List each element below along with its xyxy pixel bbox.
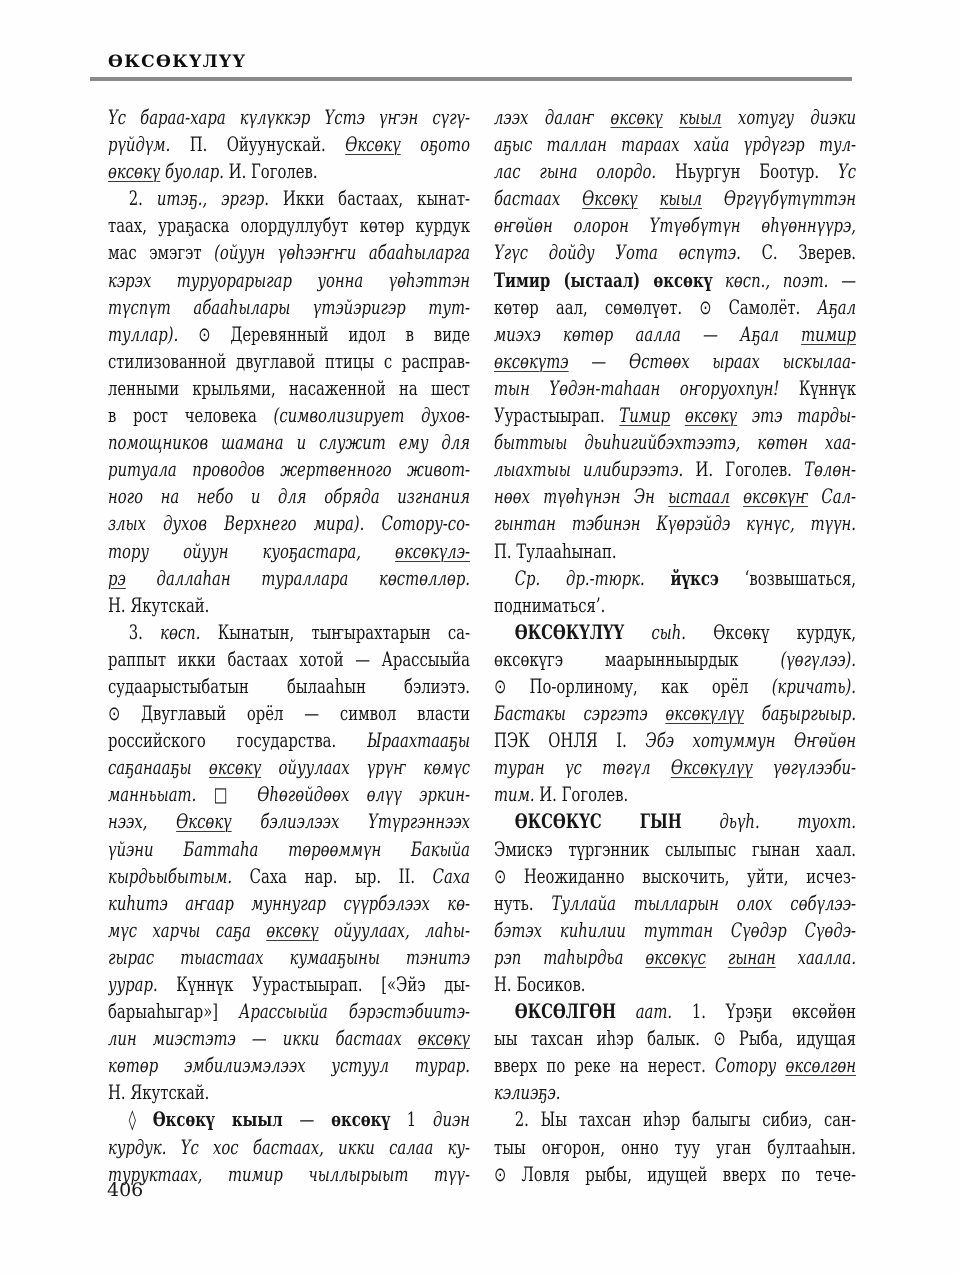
text-line: злых духов Верхнего мира). Сотору-со-	[108, 510, 470, 537]
text-line: аҕыс таллан тараах хайа үрдүгэр тул-	[494, 131, 856, 158]
text-line: ӨКСӨКҮС ГЫН дьүһ. туохт.	[494, 808, 856, 835]
text-segment: Туллайа тылларын олох сөбүлээ-	[551, 891, 856, 915]
text-segment: өксөкү	[108, 159, 160, 183]
text-line: ӨКСӨЛГӨН аат. 1. Үрэҕи өксөйөн	[494, 998, 856, 1025]
text-line: Тимир (ыстаал) өксөкү көсп., поэт. —	[494, 267, 856, 294]
text-segment: таах, ураҕаска олордуллубут көтөр курдук	[108, 213, 470, 237]
text-line: манньыат. □ Өһөгөйдөөх өлүү эркин-	[108, 781, 470, 808]
text-line: туллар). ⊙ Деревянный идол в виде	[108, 321, 470, 348]
text-segment: оҕото	[420, 132, 470, 156]
text-line: нуть. Туллайа тылларын олох сөбүлээ-	[494, 890, 856, 917]
text-line: нөөх түөһүнэн Эн ыстаал өксөкүҥ Сал-	[494, 483, 856, 510]
dictionary-page: ӨКСӨКҮЛҮҮ Үс бараа-хара күлүккэр Үстэ үҥ…	[0, 0, 959, 1274]
text-line: 3. көсп. Кынатын, тыҥырахтарын са-	[108, 619, 470, 646]
text-segment: гынан	[728, 945, 776, 969]
text-line: вверх по реке на нерест. Сотору өксөлгөн	[494, 1052, 856, 1079]
text-segment: Ловля рыбы, идущей вверх по тече-	[522, 1162, 856, 1186]
text-segment: кэлиэҕэ.	[494, 1080, 560, 1104]
text-segment: туруктаах, тимир чыллырыыт түү-	[108, 1162, 470, 1186]
text-segment: Өһөгөйдөөх өлүү эркин-	[257, 782, 470, 806]
text-line: ленными крыльями, насаженной на шест	[108, 375, 470, 402]
text-line: Уурастыырап. Тимир өксөкү этэ тарды-	[494, 402, 856, 429]
text-segment: ӨКСӨЛГӨН	[515, 999, 616, 1023]
text-segment: подниматься’.	[494, 593, 605, 617]
text-segment: лас гына олордо.	[494, 159, 656, 183]
text-segment: туран үс төгүл	[494, 755, 651, 779]
text-line: Н. Якутскай.	[108, 592, 470, 619]
text-segment: Рыба, идущая	[739, 1026, 856, 1050]
text-segment: даллаһан тураллара көстөллөр.	[157, 566, 470, 590]
text-segment: Н. Якутскай.	[108, 1080, 209, 1104]
text-segment: уурар.	[108, 972, 158, 996]
text-segment: С. Зверев.	[762, 240, 856, 264]
text-line: барыаһыгар»] Арассыыйа бэрэстэбиитэ-	[108, 998, 470, 1025]
text-segment: Өксөкү	[176, 809, 231, 833]
text-segment: ыы тахсан иһэр балык.	[494, 1026, 700, 1050]
text-segment: Кынатын, тыҥырахтарын са-	[218, 620, 470, 644]
text-segment: Самолёт.	[729, 295, 801, 319]
text-segment: манньыат.	[108, 782, 196, 806]
text-line: курдук. Үс хос бастаах, икки салаа ку-	[108, 1134, 470, 1161]
text-segment: (кричать).	[772, 674, 856, 698]
text-segment: көсп.	[160, 620, 200, 644]
text-line: 2. итэҕ., эргэр. Икки бастаах, кынат-	[108, 185, 470, 212]
text-line: ритуала проводов жертвенного живот-	[108, 456, 470, 483]
text-segment: өксөкү	[331, 1107, 390, 1131]
text-line: өксөкүгэ маарынныырдык (үөгүлээ).	[494, 646, 856, 673]
text-segment: Өксөкү курдук,	[713, 620, 856, 644]
text-line: тим. И. Гоголев.	[494, 781, 856, 808]
paragraph: Үс бараа-хара күлүккэр Үстэ үҥэн сүгү-рү…	[108, 104, 470, 185]
text-segment: аат.	[636, 999, 672, 1023]
text-segment: Бастакы сэргэтэ	[494, 701, 648, 725]
text-segment: Эмискэ түргэнник сылыпыс гынан хаал.	[494, 837, 856, 861]
text-line: мүс харчы саҕа өксөкү ойуулаах, лаһы-	[108, 917, 470, 944]
text-segment: ӨКСӨКҮС ГЫН	[515, 809, 682, 833]
text-segment: П. Ойуунускай.	[190, 132, 326, 156]
text-segment: хотугу диэки	[738, 105, 856, 129]
text-segment: мүс харчы саҕа	[108, 918, 251, 942]
paragraph: Ср. др.-тюрк. йүксэ ‘возвышаться,поднима…	[494, 565, 856, 619]
text-line: көтөр аал, сөмөлүөт. ⊙ Самолёт. Аҕал	[494, 294, 856, 321]
text-segment: тыы оҥорон, онно туу уган бултааһын.	[494, 1135, 856, 1159]
text-line: өксөкүтэ — Өстөөх ыраах ыскылаа-	[494, 348, 856, 375]
text-segment: ленными крыльями, насаженной на шест	[108, 376, 470, 400]
text-segment: туллар).	[108, 322, 178, 346]
text-line: лас гына олордо. Ньургун Боотур. Үс	[494, 158, 856, 185]
illustration-marker-icon: □	[214, 783, 240, 806]
text-segment: көтөр эмбилиэмэлээх устуул турар.	[108, 1053, 470, 1077]
text-line: көтөр эмбилиэмэлээх устуул турар.	[108, 1052, 470, 1079]
text-segment: Үс бараа-хара күлүккэр Үстэ үҥэн сүгү-	[108, 105, 470, 129]
text-segment: өксөкүтэ	[494, 349, 569, 373]
text-segment: өксөкү	[610, 105, 662, 129]
text-line: подниматься’.	[494, 592, 856, 619]
text-segment: тору ойуун куоҕастара,	[108, 539, 361, 563]
text-segment: 1. Үрэҕи өксөйөн	[692, 999, 856, 1023]
text-line: П. Тулааһынап.	[494, 538, 856, 565]
text-segment: көтөр аал, сөмөлүөт.	[494, 295, 682, 319]
text-segment: өксөкүгэ маарынныырдык	[494, 647, 738, 671]
translation-marker-icon: ⊙	[713, 1027, 725, 1050]
text-segment: 3.	[129, 620, 143, 644]
text-line: нээх, Өксөкү бэлиэлээх Үтүргэннээх	[108, 808, 470, 835]
text-segment: в рост человека	[108, 403, 257, 427]
text-segment: (үөгүлээ).	[780, 647, 856, 671]
text-line: таах, ураҕаска олордуллубут көтөр курдук	[108, 212, 470, 239]
translation-marker-icon: ⊙	[494, 1163, 506, 1186]
paragraph: 2. Ыы тахсан иһэр балыгы сибиэ, сан-тыы …	[494, 1106, 856, 1187]
text-line: Ср. др.-тюрк. йүксэ ‘возвышаться,	[494, 565, 856, 592]
text-segment: Өксөкү	[345, 132, 400, 156]
text-line: тыы оҥорон, онно туу уган бултааһын.	[494, 1134, 856, 1161]
text-segment: кыыл	[660, 186, 702, 210]
text-segment: ойуулаах үрүҥ көмүс	[278, 755, 470, 779]
text-line: лээх далаҥ өксөкү кыыл хотугу диэки	[494, 104, 856, 131]
text-line: Бастакы сэргэтэ өксөкүлүү баҕыргыыр.	[494, 700, 856, 727]
text-segment: ойуулаах, лаһы-	[334, 918, 470, 942]
text-segment: ПЭК ОНЛЯ I.	[494, 728, 627, 752]
text-line: саҕанааҕы өксөкү ойуулаах үрүҥ көмүс	[108, 754, 470, 781]
text-segment: этэ тарды-	[752, 403, 856, 427]
text-segment: И. Гоголев.	[229, 159, 318, 183]
paragraph: 3. көсп. Кынатын, тыҥырахтарын са-раппыт…	[108, 619, 470, 1107]
text-segment: Үгүс дойду Уота өспүтэ.	[494, 240, 741, 264]
text-segment: (символизирует духов-	[274, 403, 470, 427]
text-segment: өксөкү	[418, 1026, 470, 1050]
text-line: бастаах Өксөкү кыыл Өргүүбүтүттэн	[494, 185, 856, 212]
text-line: кырдьыбытым. Саха нар. ыр. II. Саха	[108, 863, 470, 890]
text-segment: ӨКСӨКҮЛҮҮ	[515, 620, 624, 644]
text-segment: ритуала проводов жертвенного живот-	[108, 457, 470, 481]
paragraph: лээх далаҥ өксөкү кыыл хотугу диэкиаҕыс …	[494, 104, 856, 565]
text-segment: өксөкү	[209, 755, 261, 779]
translation-marker-icon: ⊙	[198, 323, 210, 346]
text-line: Үс бараа-хара күлүккэр Үстэ үҥэн сүгү-	[108, 104, 470, 131]
text-segment: бэтэх киһилии туттан Сүөдэр Сүөдэ-	[494, 918, 856, 942]
text-segment: злых духов Верхнего мира). Сотору-со-	[108, 511, 470, 535]
text-line: рүйдүм. П. Ойуунускай. Өксөкү оҕото	[108, 131, 470, 158]
text-segment: Ньургун Боотур.	[675, 159, 819, 183]
text-segment: помощников шамана и служит ему для	[108, 430, 470, 454]
paragraph: 2. итэҕ., эргэр. Икки бастаах, кынат-таа…	[108, 185, 470, 619]
text-segment: П. Тулааһынап.	[494, 539, 617, 563]
text-line: өксөкү буолар. И. Гоголев.	[108, 158, 470, 185]
text-segment: үйэни Баттаһа төрөөммүн Бакыйа	[108, 837, 470, 861]
translation-marker-icon: ⊙	[494, 865, 506, 888]
text-segment: Өксөкү	[582, 186, 637, 210]
text-line: Үгүс дойду Уота өспүтэ. С. Зверев.	[494, 239, 856, 266]
text-line: ⊙ Ловля рыбы, идущей вверх по тече-	[494, 1161, 856, 1188]
text-segment: ыстаал	[668, 484, 729, 508]
text-segment: өксөкүҥ	[743, 484, 808, 508]
text-line: ыы тахсан иһэр балык. ⊙ Рыба, идущая	[494, 1025, 856, 1052]
text-segment: хаалла.	[798, 945, 856, 969]
paragraph: ӨКСӨЛГӨН аат. 1. Үрэҕи өксөйөныы тахсан …	[494, 998, 856, 1106]
text-segment: барыаһыгар»]	[108, 999, 218, 1023]
text-line: быттыы дьиһигийбэхтээтэ, көтөн хаа-	[494, 429, 856, 456]
text-segment: быттыы дьиһигийбэхтээтэ, көтөн хаа-	[494, 430, 856, 454]
text-segment: Өксөкүлүү	[671, 755, 753, 779]
text-segment: Деревянный идол в виде	[230, 322, 470, 346]
text-segment: Саха	[433, 864, 470, 888]
text-segment: Төлөн-	[804, 457, 856, 481]
right-column: лээх далаҥ өксөкү кыыл хотугу диэкиаҕыс …	[494, 104, 856, 1188]
text-segment: Үс	[838, 159, 856, 183]
text-line: ⊙ Двуглавый орёл — символ власти	[108, 700, 470, 727]
text-line: туруктаах, тимир чыллырыыт түү-	[108, 1161, 470, 1188]
text-segment: йүксэ	[671, 566, 719, 590]
text-segment: бэлиэлээх Үтүргэннээх	[260, 809, 470, 833]
text-line: ◊ Өксөкү кыыл — өксөкү 1 диэн	[108, 1106, 470, 1133]
text-segment: кыыл	[679, 105, 721, 129]
text-segment: стилизованной двуглавой птицы с расправ-	[108, 349, 470, 373]
text-segment: рэ	[108, 566, 126, 590]
text-line: үйэни Баттаһа төрөөммүн Бакыйа	[108, 836, 470, 863]
text-segment: бастаах	[494, 186, 560, 210]
text-line: Н. Босиков.	[494, 971, 856, 998]
text-segment: Тимир (ыстаал) өксөкү	[494, 268, 712, 292]
text-line: уурар. Күннүк Уурастыырап. [«Эйэ ды-	[108, 971, 470, 998]
text-segment: Двуглавый орёл — символ власти	[141, 701, 470, 725]
text-line: ПЭК ОНЛЯ I. Эбэ хотуммун Өҥөйөн	[494, 727, 856, 754]
text-segment: российского государства.	[108, 728, 336, 752]
text-segment: По-орлиному, как орёл	[530, 674, 749, 698]
text-line: рэ даллаһан тураллара көстөллөр.	[108, 565, 470, 592]
left-column: Үс бараа-хара күлүккэр Үстэ үҥэн сүгү-рү…	[108, 104, 470, 1188]
text-line: ⊙ Неожиданно выскочить, уйти, исчез-	[494, 863, 856, 890]
text-line: тору ойуун куоҕастара, өксөкүлэ-	[108, 538, 470, 565]
text-line: 2. Ыы тахсан иһэр балыгы сибиэ, сан-	[494, 1106, 856, 1133]
text-segment: рүйдүм.	[108, 132, 170, 156]
paragraph: ӨКСӨКҮЛҮҮ сыһ. Өксөкү курдук,өксөкүгэ ма…	[494, 619, 856, 809]
text-segment: лин миэстэтэ — икки бастаах	[108, 1026, 402, 1050]
running-head: ӨКСӨКҮЛҮҮ	[108, 52, 246, 72]
text-line: кэлиэҕэ.	[494, 1079, 856, 1106]
text-segment: —	[300, 1107, 315, 1131]
text-segment: өҥөйөн олорон Үтүөбүтүн өһүөннүүрэ,	[494, 213, 856, 237]
text-segment: өксөкүлүү	[665, 701, 744, 725]
text-segment: дьүһ. туохт.	[720, 809, 856, 833]
text-segment: буолар.	[165, 159, 224, 183]
translation-marker-icon: ⊙	[108, 702, 120, 725]
page-number: 406	[107, 1179, 143, 1201]
text-segment: Өксөкү кыыл	[153, 1107, 283, 1131]
text-line: лин миэстэтэ — икки бастаах өксөкү	[108, 1025, 470, 1052]
text-segment: итэҕ., эргэр.	[157, 186, 269, 210]
text-line: лыахтыы илибирээтэ. И. Гоголев. Төлөн-	[494, 456, 856, 483]
text-segment: ‘возвышаться,	[745, 566, 856, 590]
paragraph: ◊ Өксөкү кыыл — өксөкү 1 диэнкурдук. Үс …	[108, 1106, 470, 1187]
text-segment: судаарыстыбатын былааһын бэлиэтэ.	[108, 674, 470, 698]
text-segment: Уурастыырап.	[494, 403, 605, 427]
paragraph: ӨКСӨКҮС ГЫН дьүһ. туохт.Эмискэ түргэнник…	[494, 808, 856, 998]
text-segment: — Өстөөх ыраах ыскылаа-	[591, 349, 856, 373]
text-line: түспүт абааһылары үтэйэригэр тут-	[108, 294, 470, 321]
text-segment: Ыраахтааҕы	[367, 728, 470, 752]
text-line: российского государства. Ыраахтааҕы	[108, 727, 470, 754]
text-segment: түспүт абааһылары үтэйэригэр тут-	[108, 295, 470, 319]
text-segment: —	[841, 268, 856, 292]
text-segment: Күннүк	[799, 376, 856, 400]
text-line: миэхэ көтөр аалла — Аҕал тимир	[494, 321, 856, 348]
text-line: ного на небо и для обряда изгнания	[108, 483, 470, 510]
text-line: рэп таһырдьа өксөкүс гынан хаалла.	[494, 944, 856, 971]
text-line: гырас тыастаах кумааҕыны тэнитэ	[108, 944, 470, 971]
text-segment: миэхэ көтөр аалла — Аҕал	[494, 322, 779, 346]
text-line: в рост человека (символизирует духов-	[108, 402, 470, 429]
text-segment: Саха нар. ыр. II.	[250, 864, 415, 888]
text-segment: И. Гоголев.	[695, 457, 791, 481]
text-segment: Эбэ хотуммун Өҥөйөн	[645, 728, 856, 752]
text-line: помощников шамана и служит ему для	[108, 429, 470, 456]
text-segment: Тимир	[619, 403, 670, 427]
text-segment: Сал-	[821, 484, 856, 508]
text-segment: рэп таһырдьа	[494, 945, 623, 969]
text-line: Эмискэ түргэнник сылыпыс гынан хаал.	[494, 836, 856, 863]
text-segment: өксөкү	[685, 403, 737, 427]
text-line: гынтан тэбинэн Күөрэйдэ күнүс, түүн.	[494, 510, 856, 537]
text-segment: тим.	[494, 782, 535, 806]
text-segment: аҕыс таллан тараах хайа үрдүгэр тул-	[494, 132, 856, 156]
text-segment: кэрэх туруорарыгар уонна үөһэттэн	[108, 268, 470, 292]
text-segment: тимир	[801, 322, 856, 346]
text-segment: саҕанааҕы	[108, 755, 192, 779]
translation-marker-icon: ⊙	[494, 675, 506, 698]
text-line: ⊙ По-орлиному, как орёл (кричать).	[494, 673, 856, 700]
text-segment: Арассыыйа бэрэстэбиитэ-	[239, 999, 470, 1023]
text-segment: гынтан тэбинэн Күөрэйдэ күнүс, түүн.	[494, 511, 856, 535]
text-segment: диэн	[433, 1107, 470, 1131]
text-segment: Сотору	[715, 1053, 776, 1077]
text-segment: үөгүлээби-	[773, 755, 856, 779]
phraseology-marker-icon: ◊	[129, 1108, 136, 1131]
text-line: раппыт икки бастаах хотой — Арассыыйа	[108, 646, 470, 673]
text-segment: кырдьыбытым.	[108, 864, 232, 888]
text-line: өҥөйөн олорон Үтүөбүтүн өһүөннүүрэ,	[494, 212, 856, 239]
text-segment: нуть.	[494, 891, 534, 915]
text-segment: өксөкүс	[645, 945, 706, 969]
translation-marker-icon: ⊙	[699, 296, 711, 319]
text-segment: лээх далаҥ	[494, 105, 594, 129]
text-segment: 2.	[129, 186, 143, 210]
text-segment: көсп., поэт.	[725, 268, 828, 292]
text-segment: өксөкү	[266, 918, 318, 942]
text-segment: курдук. Үс хос бастаах, икки салаа ку-	[108, 1135, 470, 1159]
text-line: стилизованной двуглавой птицы с расправ-	[108, 348, 470, 375]
text-segment: Ср. др.-тюрк.	[515, 566, 645, 590]
text-segment: тын Үөдэн-таһаан оҥоруохпун!	[494, 376, 779, 400]
text-segment: сыһ.	[651, 620, 686, 644]
text-line: кэрэх туруорарыгар уонна үөһэттэн	[108, 267, 470, 294]
text-segment: нээх,	[108, 809, 147, 833]
text-line: туран үс төгүл Өксөкүлүү үөгүлээби-	[494, 754, 856, 781]
text-segment: Аҕал	[817, 295, 856, 319]
text-segment: И. Гоголев.	[539, 782, 628, 806]
text-segment: нөөх түөһүнэн Эн	[494, 484, 655, 508]
text-segment: өксөлгөн	[785, 1053, 856, 1077]
text-line: Н. Якутскай.	[108, 1079, 470, 1106]
text-line: мас эмэгэт (ойуун үөһээҥҥи абааһыларга	[108, 239, 470, 266]
text-line: ӨКСӨКҮЛҮҮ сыһ. Өксөкү курдук,	[494, 619, 856, 646]
text-line: тын Үөдэн-таһаан оҥоруохпун! Күннүк	[494, 375, 856, 402]
text-line: судаарыстыбатын былааһын бэлиэтэ.	[108, 673, 470, 700]
text-segment: өксөкүлэ-	[395, 539, 470, 563]
text-segment: Неожиданно выскочить, уйти, исчез-	[524, 864, 856, 888]
text-segment: 2. Ыы тахсан иһэр балыгы сибиэ, сан-	[515, 1107, 856, 1131]
text-segment: раппыт икки бастаах хотой — Арассыыйа	[108, 647, 470, 671]
text-segment: вверх по реке на нерест.	[494, 1053, 706, 1077]
header-rule	[90, 77, 852, 81]
text-segment: мас эмэгэт	[108, 240, 202, 264]
text-segment: 1	[407, 1107, 416, 1131]
text-segment: Күннүк Уурастыырап. [«Эйэ ды-	[176, 972, 470, 996]
text-line: бэтэх киһилии туттан Сүөдэр Сүөдэ-	[494, 917, 856, 944]
text-segment: Өргүүбүтүттэн	[724, 186, 856, 210]
text-segment: Н. Якутскай.	[108, 593, 209, 617]
text-segment: лыахтыы илибирээтэ.	[494, 457, 683, 481]
text-segment: Икки бастаах, кынат-	[283, 186, 470, 210]
text-segment: киһитэ аҥаар муннугар сүүрбэлээх кө-	[108, 891, 470, 915]
text-segment: (ойуун үөһээҥҥи абааһыларга	[214, 240, 470, 264]
text-segment: Н. Босиков.	[494, 972, 585, 996]
text-line: киһитэ аҥаар муннугар сүүрбэлээх кө-	[108, 890, 470, 917]
text-segment: ного на небо и для обряда изгнания	[108, 484, 470, 508]
text-segment: баҕыргыыр.	[762, 701, 856, 725]
text-segment: гырас тыастаах кумааҕыны тэнитэ	[108, 945, 470, 969]
